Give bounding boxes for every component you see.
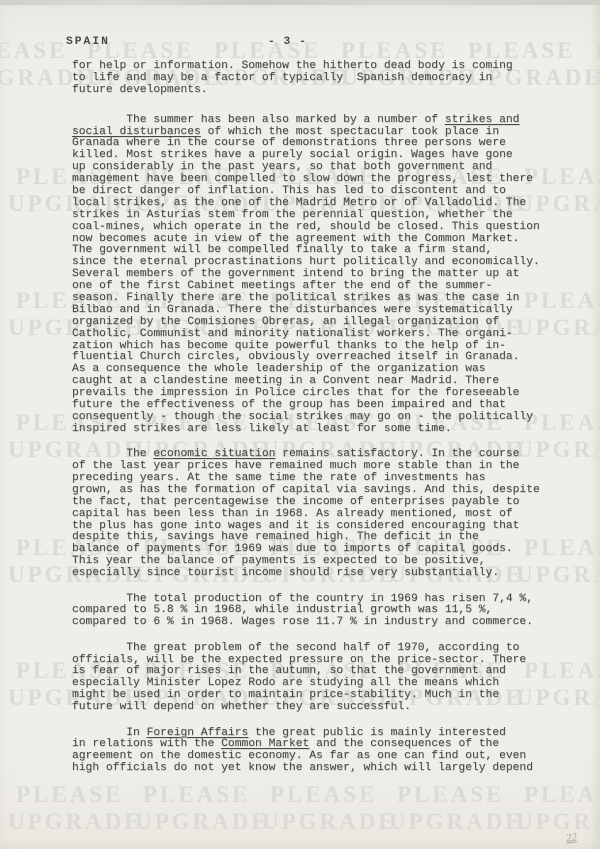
page-number-annotation: 22 <box>565 831 578 844</box>
paragraph: The great problem of the second half of … <box>72 643 547 714</box>
paragraph: The summer has been also marked by a num… <box>72 115 547 436</box>
document-body: for help or information. Somehow the hit… <box>72 61 547 789</box>
watermark-word: UPGRADE <box>135 809 262 835</box>
text-line: compared to 6 % in 1968. Wages rose 11.7… <box>72 617 547 629</box>
watermark-row-upgrade: UPGRADEUPGRADEUPGRADEUPGRADEUPGRADEUPGRA… <box>8 809 600 835</box>
paragraph: for help or information. Somehow the hit… <box>72 61 547 97</box>
header-section-label: SPAIN <box>66 36 110 48</box>
paragraph: In Foreign Affairs the great public is m… <box>72 728 547 776</box>
header-page-marker: - 3 - <box>268 36 307 48</box>
scan-edge-top <box>0 0 600 5</box>
watermark-word: UPGRADE <box>595 65 600 91</box>
paragraph: The total production of the country in 1… <box>72 594 547 630</box>
watermark-word: UPGRADE <box>8 809 135 835</box>
scanned-document-page: PLEASEPLEASEPLEASEPLEASEPLEASEPLEASEUPGR… <box>0 0 600 849</box>
text-line: high officials do not yet know the answe… <box>72 763 547 775</box>
watermark-word: UPGRADE <box>516 809 600 835</box>
watermark-word: PLEASE <box>595 38 600 64</box>
text-line: especially since tourist income should r… <box>72 568 547 580</box>
text-line: future developments. <box>72 85 547 97</box>
watermark-word: UPGRADE <box>389 809 516 835</box>
paragraph: The economic situation remains satisfact… <box>72 449 547 580</box>
watermark-word: UPGRADE <box>262 809 389 835</box>
text-line: inspired strikes are less likely at leas… <box>72 424 547 436</box>
text-line: future will depend on whether they are s… <box>72 702 547 714</box>
